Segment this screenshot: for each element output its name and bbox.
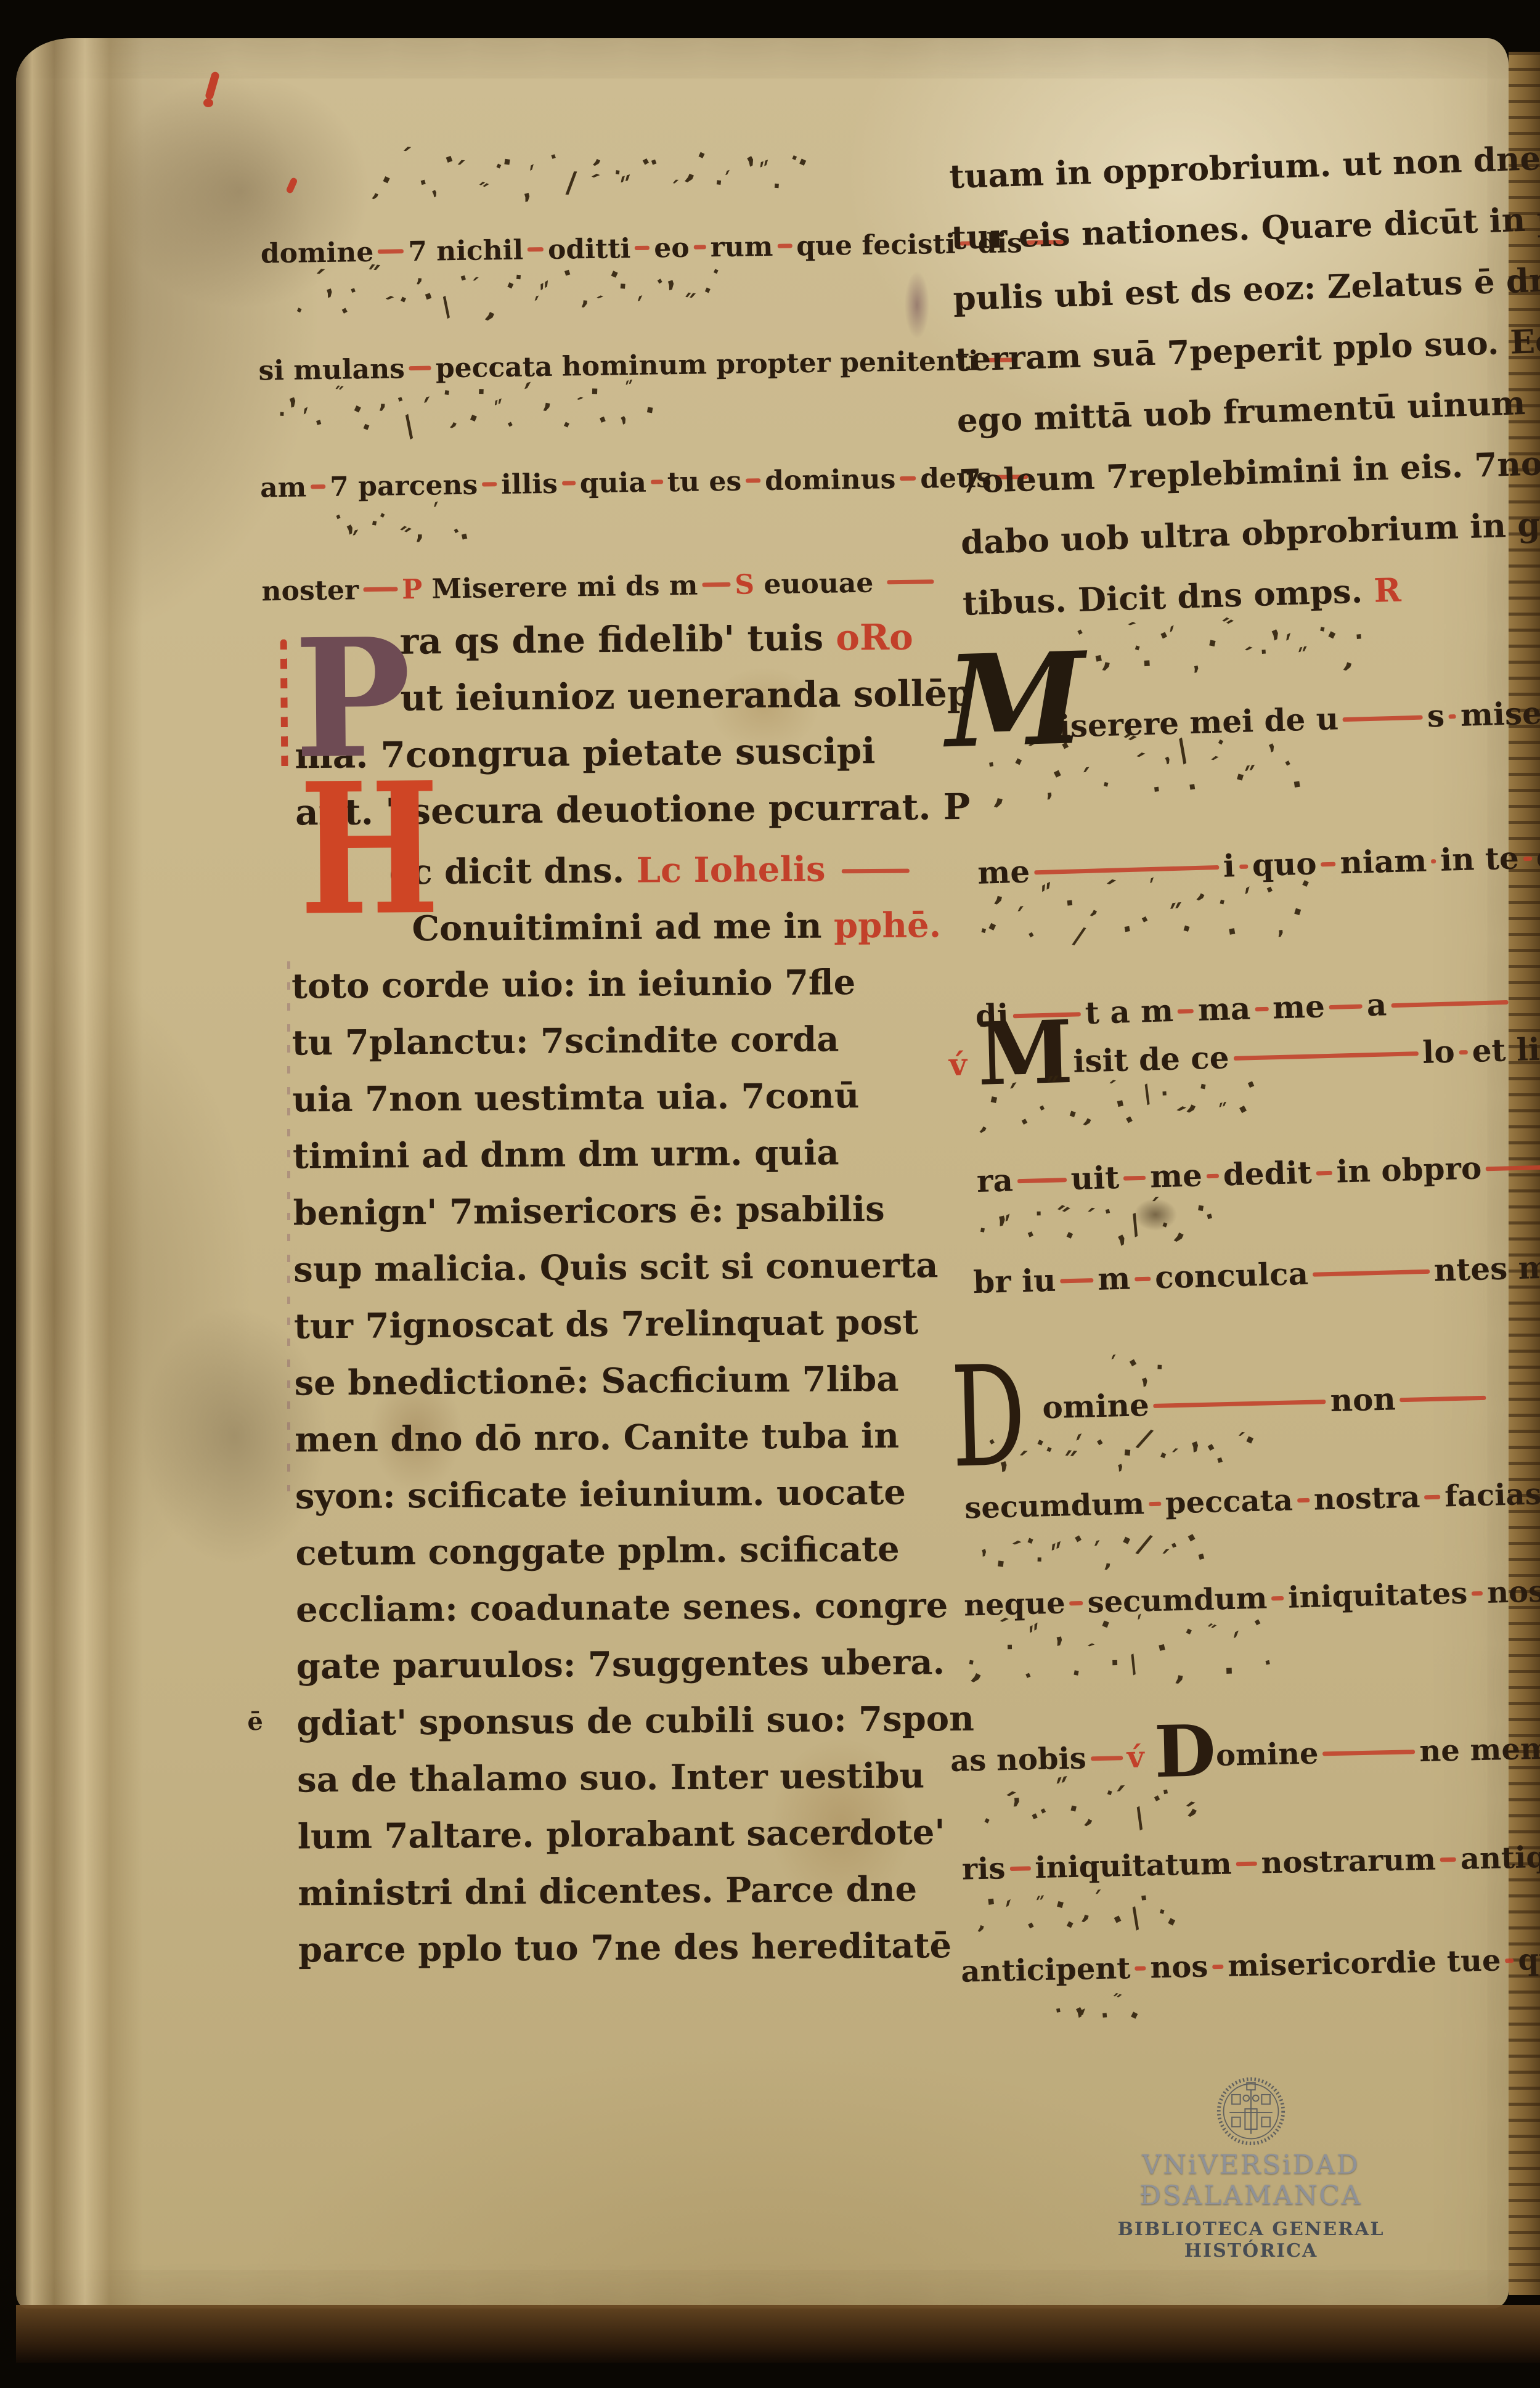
left-column-lection-joel: Hec dicit dns. Lc Iohelis Conuitimini ad… <box>291 849 925 1987</box>
manuscript-text: D <box>1154 1751 1216 1753</box>
red-extender-line <box>842 869 910 874</box>
manuscript-text: i <box>1223 847 1236 884</box>
left-column-chant-with-neumes: ‚·´·‚·´˝··‚´·∕´‚·˝··´‚··´‚˝···domine7 ni… <box>256 157 927 619</box>
rubric-text: Lc Iohelis <box>636 849 837 890</box>
university-seal-icon <box>1215 2076 1287 2147</box>
manuscript-text: omine <box>1215 1737 1319 1773</box>
illuminated-initial-H: H <box>299 768 441 932</box>
manuscript-text: m <box>1098 1260 1131 1297</box>
manuscript-text: in te <box>1440 839 1519 878</box>
manuscript-text: non <box>1330 1380 1396 1419</box>
neume-mark: · <box>617 272 629 302</box>
neume-mark: ´ <box>998 1896 1024 1930</box>
manuscript-text-line: benign' 7misericors ē: psabilis <box>293 1189 919 1250</box>
neume-mark: ˝ <box>332 384 344 407</box>
manuscript-text: men dno dō nro. Canite tuba in <box>295 1416 899 1461</box>
manuscript-text-line: tu 7planctu: 7scindite corda <box>292 1019 919 1080</box>
manuscript-photo: { "title": "Medieval liturgical chant ma… <box>0 0 1540 2388</box>
neume-mark: ‚ <box>992 776 1011 812</box>
stamp-university-name: VNiVERSiDAD <box>1094 2150 1408 2180</box>
manuscript-text: niam <box>1340 842 1427 881</box>
neume-mark: ´ <box>1202 752 1221 781</box>
manuscript-text-line: gate paruulos: 7suggentes ubera. <box>296 1643 923 1704</box>
neume-mark: ˝ <box>1044 1073 1061 1107</box>
manuscript-text: euouae <box>754 567 883 600</box>
neume-mark: · <box>1120 1436 1135 1470</box>
neume-mark: ‚ <box>1171 1212 1196 1247</box>
manuscript-text: ris <box>961 1851 1006 1886</box>
neume-mark: ˝ <box>680 290 696 320</box>
manuscript-text: ra <box>976 1162 1013 1199</box>
manuscript-text: eccliam: coadunate senes. congre <box>296 1585 948 1630</box>
red-extender-line <box>1178 1009 1194 1014</box>
red-extender-line <box>1440 1857 1456 1862</box>
manuscript-text-line: ministri dni dicentes. Parce dne <box>298 1870 924 1931</box>
red-extender-line <box>1123 1176 1146 1181</box>
red-extender-line <box>562 481 576 485</box>
neume-mark: · <box>335 298 355 325</box>
red-extender-line <box>1236 1862 1257 1867</box>
manuscript-text: tu es <box>667 466 741 499</box>
manuscript-text: me <box>1272 988 1325 1025</box>
manuscript-text: nostras <box>1487 1573 1540 1610</box>
illuminated-initial-D: D <box>950 1361 1027 1474</box>
red-extender-line <box>1154 1400 1326 1408</box>
manuscript-text: que fecisti <box>796 229 956 263</box>
manuscript-text: rum <box>710 231 773 263</box>
neume-mark: · <box>1005 1634 1015 1661</box>
manuscript-text: se bnedictionē: Sacficium 7liba <box>294 1359 898 1404</box>
neume-mark: · <box>978 1809 996 1833</box>
neume-mark: · <box>1020 1663 1037 1688</box>
neume-mark: ‚ <box>1173 1656 1189 1688</box>
neume-mark: ´ <box>720 169 736 193</box>
manuscript-text: Conuitimini ad me in <box>412 905 834 949</box>
illuminated-initial-M: M <box>944 648 1086 753</box>
binding-gutter <box>16 38 142 2309</box>
manuscript-text-line: toto corde uio: in ieiunio 7fle <box>291 963 918 1024</box>
manuscript-text: ne memine <box>1419 1730 1540 1769</box>
rubric-text: P <box>402 574 432 606</box>
red-extender-line <box>1149 1502 1161 1506</box>
neume-mark: · <box>277 404 286 426</box>
manuscript-text: 7 nichil <box>408 235 524 268</box>
neume-mark: ´ <box>1158 1547 1170 1574</box>
neume-mark: ´ <box>1234 642 1254 672</box>
neume-mark: ∕ <box>1129 1802 1151 1834</box>
manuscript-text: cetum conggate pplm. scificate <box>295 1529 900 1574</box>
manuscript-text: sa de thalamo suo. Inter uestibu <box>297 1755 924 1800</box>
red-extender-line <box>1135 1277 1151 1282</box>
manuscript-text: tur 7ignoscat ds 7relinquat post <box>294 1302 919 1347</box>
neume-mark: ´ <box>1074 2007 1098 2038</box>
manuscript-text-line: syon: scificate ieiunium. uocate <box>295 1473 922 1534</box>
manuscript-text-line: sup malicia. Quis scit si conuerta <box>293 1246 920 1307</box>
neume-row: ‚·´·‚·´˝··‚´·∕´‚·˝··´‚··´‚˝··· <box>256 157 923 238</box>
red-extender-line <box>1207 1174 1219 1179</box>
manuscript-text: iniquitates <box>1288 1576 1468 1615</box>
manuscript-text: a <box>1366 986 1387 1023</box>
manuscript-text: eo <box>654 232 690 264</box>
manuscript-text: Miserere mi ds m <box>431 570 698 605</box>
neume-mark: ‚ <box>378 388 388 414</box>
neume-mark: · <box>291 300 307 323</box>
neume-mark: · <box>1261 1650 1274 1675</box>
manuscript-text: timini ad dnm dm urm. quia <box>293 1132 839 1176</box>
rubric-text: oRo <box>836 616 913 659</box>
rubric-text: S <box>735 569 754 600</box>
library-stamp: VNiVERSiDAD ÐSALAMANCA BIBLIOTECA GENERA… <box>1094 2076 1408 2262</box>
neume-row: ·‚´··˝‚´·· <box>261 508 927 576</box>
red-extender-line <box>1060 1278 1093 1283</box>
neume-mark: · <box>1289 767 1305 802</box>
neume-mark: · <box>394 287 412 314</box>
rubric-text: pphē. <box>834 905 942 946</box>
manuscript-text: sup malicia. Quis scit si conuerta <box>293 1245 939 1290</box>
manuscript-text: ra qs dne fidelib' tuis <box>399 617 836 662</box>
neume-mark: ´ <box>668 178 679 201</box>
page-bottom-edge <box>16 2305 1540 2363</box>
manuscript-text-line: eccliam: coadunate senes. congre <box>296 1586 923 1647</box>
neume-row: ·‚´·˝··‚·∕´·‚··˝·´‚·´··‚˝· <box>259 391 926 473</box>
neume-mark: · <box>1062 1098 1082 1130</box>
neume-row: ··‚´·˝·∕‚´··´˝·‚··´·‚·· <box>954 887 1530 1000</box>
manuscript-text-line: ē gdiat' sponsus de cubili suo: 7spon <box>296 1700 923 1761</box>
red-extender-line <box>1091 1756 1123 1761</box>
manuscript-text: et libe <box>1472 1030 1540 1069</box>
neume-mark: ´ <box>1163 1101 1188 1138</box>
neume-mark: ˝ <box>1242 762 1259 794</box>
neume-mark: ‚ <box>447 409 464 433</box>
neume-mark: ´ <box>579 169 602 200</box>
red-extender-line <box>409 366 431 371</box>
manuscript-text-line: uia 7non uestimta uia. 7conū <box>292 1076 919 1137</box>
red-extender-line <box>1212 1965 1223 1969</box>
manuscript-text: omine <box>1042 1387 1150 1425</box>
manuscript-text: peccata <box>1165 1483 1293 1521</box>
neume-mark: · <box>1185 772 1200 803</box>
neume-mark: · <box>1135 905 1155 934</box>
manuscript-text: noster <box>261 574 359 607</box>
right-column-chant-miserere: M··‚´···´‚·˝´·‚´˝··‚·iserere mei de usmi… <box>947 624 1531 1046</box>
manuscript-text-line: timini ad dnm dm urm. quia <box>293 1133 919 1194</box>
rubric-text: v́ <box>948 1046 978 1083</box>
neume-mark: ‚ <box>1082 1803 1102 1831</box>
manuscript-text: iserere mei de u <box>1058 700 1339 744</box>
red-ink-splatter <box>203 99 213 107</box>
manuscript-text-line: lum 7altare. plorabant sacerdote' <box>298 1813 924 1874</box>
neume-mark: · <box>462 402 485 436</box>
neume-mark: ‚ <box>415 518 424 545</box>
neume-mark: ‚ <box>611 401 631 428</box>
right-column-chant-verse: ·‚´··˝‚·´··∕´·‚·˝·´··as nobisv́ Dominene… <box>948 1628 1530 2047</box>
neume-mark: ´ <box>347 528 365 557</box>
red-extender-line <box>702 582 730 587</box>
neume-mark: ´ <box>1148 1194 1160 1221</box>
manuscript-text: in obpro <box>1336 1150 1482 1190</box>
manuscript-text: anticipent <box>961 1951 1131 1989</box>
manuscript-text: quia <box>579 467 646 500</box>
manuscript-text: quia <box>1518 1941 1540 1977</box>
neume-mark: · <box>1151 776 1163 804</box>
show-through-mark <box>287 961 290 1491</box>
red-extender-line <box>1400 1396 1486 1402</box>
neume-mark: · <box>1258 640 1268 664</box>
red-extender-line <box>311 484 325 489</box>
red-extender-line <box>1431 859 1436 863</box>
red-extender-line <box>1255 1007 1268 1012</box>
manuscript-text: misere <box>1460 694 1540 733</box>
manuscript-text: illis <box>501 468 558 500</box>
neume-row: ·´‚··˝´·‚·∕·´‚··´˝·‚´··´·‚˝·· <box>258 274 924 356</box>
neume-mark: · <box>1122 2000 1146 2033</box>
red-extender-line <box>1486 1163 1540 1171</box>
neume-mark: ∕ <box>565 167 577 200</box>
manuscript-text-line: parce pplo tuo 7ne des hereditatē <box>298 1926 925 1987</box>
neume-mark: · <box>589 377 600 409</box>
neume-mark: ‚ <box>1104 1215 1131 1250</box>
neume-row: ·‚´··˝‚·´··∕´·‚·˝·´·· <box>948 1628 1523 1745</box>
neume-mark: ‚ <box>1275 915 1285 939</box>
manuscript-text: gdiat' sponsus de cubili suo: 7spon <box>296 1698 974 1744</box>
red-extender-line <box>1313 1269 1430 1277</box>
manuscript-text: iniquitatum <box>1035 1847 1232 1886</box>
red-extender-line <box>694 245 706 249</box>
neume-mark: ∕ <box>1125 1208 1146 1241</box>
neume-mark: ´ <box>467 275 479 299</box>
manuscript-text: tu 7planctu: 7scindite corda <box>292 1019 839 1063</box>
neume-mark: · <box>502 414 519 437</box>
manuscript-text: ma <box>1197 990 1251 1028</box>
red-extender-line <box>1321 862 1335 867</box>
manuscript-text: t a m <box>1085 992 1174 1031</box>
neume-mark: ∕ <box>397 410 422 444</box>
manuscript-text: nostrarum <box>1261 1843 1436 1881</box>
manuscript-text-line: cetum conggate pplm. scificate <box>295 1530 922 1591</box>
manuscript-text: conculca <box>1154 1255 1308 1295</box>
stamp-university-name2: ÐSALAMANCA <box>1094 2180 1408 2211</box>
manuscript-text: 7 parcens <box>330 470 478 503</box>
manuscript-text: uia 7non uestimta uia. 7conū <box>292 1075 859 1120</box>
rubric-text: v́ <box>1126 1740 1155 1775</box>
neume-mark: · <box>1155 1355 1165 1381</box>
red-extender-line <box>1329 1005 1363 1010</box>
neume-mark: ´ <box>567 393 585 418</box>
red-extender-line <box>1233 1051 1418 1061</box>
manuscript-text: peccata hominum propter penitenti <box>436 345 979 384</box>
neume-mark: · <box>1022 923 1040 947</box>
manuscript-text-line: tur 7ignoscat ds 7relinquat post <box>294 1303 921 1364</box>
neume-mark: · <box>642 394 658 428</box>
neume-mark: · <box>1223 914 1241 949</box>
manuscript-text: nostra <box>1313 1480 1420 1517</box>
red-extender-line <box>1271 1596 1284 1600</box>
neume-mark: ´ <box>1168 1446 1180 1470</box>
manuscript-text: parce pplo tuo 7ne des hereditatē <box>298 1925 952 1970</box>
manuscript-text: nos <box>1150 1949 1208 1985</box>
manuscript-text: domine <box>261 237 374 270</box>
neume-mark: · <box>476 378 487 407</box>
neume-mark: · <box>1053 2000 1064 2023</box>
neume-mark: ´ <box>1077 1639 1096 1665</box>
manuscript-text: M <box>977 1053 1073 1055</box>
neume-mark: · <box>1160 1082 1170 1106</box>
neume-mark: · <box>1140 646 1154 681</box>
neume-mark: · <box>1287 894 1308 930</box>
right-column-lection-text: tuam in opprobrium. ut non dnentur eis n… <box>949 141 1537 647</box>
manuscript-text: lo <box>1422 1033 1456 1070</box>
manuscript-text-line: sa de thalamo suo. Inter uestibu <box>297 1756 924 1817</box>
manuscript-text: dedit <box>1223 1154 1312 1193</box>
manuscript-text: neque <box>964 1586 1066 1623</box>
neume-mark: · <box>1353 623 1364 651</box>
neume-mark: · <box>772 174 782 200</box>
red-extender-line <box>482 482 497 486</box>
manuscript-text: ntes m <box>1433 1249 1540 1289</box>
red-extender-line <box>1472 1591 1483 1595</box>
manuscript-text: uit <box>1070 1159 1120 1197</box>
red-extender-line <box>1017 1178 1067 1183</box>
neume-mark: ∕ <box>1123 1650 1142 1678</box>
neume-mark: ‚ <box>1044 778 1054 802</box>
manuscript-text: toto corde uio: in ieiunio 7fle <box>291 962 856 1006</box>
stamp-library-name: BIBLIOTECA GENERAL HISTÓRICA <box>1094 2219 1408 2262</box>
manuscript-text: am <box>260 471 307 503</box>
manuscript-text: syon: scificate ieiunium. uocate <box>295 1472 906 1517</box>
red-extender-line <box>635 246 650 250</box>
neume-mark: ´ <box>372 291 396 322</box>
red-extender-line <box>1009 1866 1030 1871</box>
manuscript-text: misericordie tue <box>1228 1943 1501 1983</box>
manuscript-text: facias <box>1444 1477 1540 1514</box>
manuscript-text-line: men dno dō nro. Canite tuba in <box>295 1416 921 1477</box>
neume-mark: ´ <box>1111 1782 1128 1817</box>
red-extender-line <box>1424 1495 1440 1500</box>
neume-mark: ˝ <box>470 179 490 206</box>
neume-mark: · <box>1119 913 1135 945</box>
neume-mark: ∕ <box>436 293 458 322</box>
red-extender-line <box>1070 1601 1083 1606</box>
red-extender-line <box>887 579 934 584</box>
red-extender-line <box>1135 1966 1146 1970</box>
neume-mark: ´ <box>1107 1353 1123 1377</box>
neume-mark: ˝ <box>1295 644 1313 673</box>
red-extender-line <box>363 587 397 592</box>
manuscript-text-line: se bnedictionē: Sacficium 7liba <box>294 1359 921 1420</box>
red-extender-line <box>528 247 544 251</box>
neume-mark: · <box>1223 1654 1235 1688</box>
manuscript-text: ē <box>247 1708 263 1736</box>
neume-mark: · <box>513 265 524 291</box>
neume-mark: · <box>1109 1648 1120 1679</box>
neume-mark: ‚ <box>1080 1102 1101 1130</box>
neume-mark: · <box>977 1218 988 1243</box>
red-extender-line <box>378 249 404 254</box>
red-extender-line <box>1523 857 1532 861</box>
neume-mark: ˝ <box>1216 1099 1231 1125</box>
manuscript-text: s <box>1427 698 1445 735</box>
neume-mark: · <box>1099 772 1112 797</box>
neume-mark: · <box>1153 1630 1171 1666</box>
red-extender-line <box>1449 714 1456 719</box>
neume-mark: · <box>1069 1659 1083 1687</box>
neume-mark: · <box>1192 1541 1210 1573</box>
neume-mark: ‚ <box>1103 1548 1114 1573</box>
neume-mark: ˝ <box>616 173 639 207</box>
neume-mark: · <box>1014 1108 1035 1136</box>
manuscript-text: antiquarum cito <box>1460 1836 1540 1877</box>
manuscript-text: br iu <box>973 1262 1057 1300</box>
red-extender-line <box>1034 865 1219 874</box>
red-extender-line <box>1459 1050 1468 1054</box>
neume-mark: · <box>1035 1202 1043 1225</box>
manuscript-text: co <box>1536 838 1540 876</box>
neume-mark: ‚ <box>1189 651 1201 675</box>
right-column-chant-domine: D´·‚·ominenon·‚´··˝´·‚·∕·´‚··´·secumdump… <box>949 1347 1529 1638</box>
manuscript-text: ut ieiunioz ueneranda sollēp <box>400 672 972 719</box>
red-extender-line <box>1391 1000 1508 1008</box>
neume-mark: ∕ <box>1071 922 1088 950</box>
manuscript-text: dominus <box>765 463 896 497</box>
neume-mark: ´ <box>418 394 438 426</box>
neume-mark: ˝ <box>389 522 412 555</box>
red-extender-line <box>1316 1171 1332 1176</box>
neume-mark: ˝ <box>1046 1538 1072 1575</box>
manuscript-text: benign' 7misericors ē: psabilis <box>293 1189 884 1234</box>
red-extender-line <box>1322 1750 1415 1756</box>
manuscript-text: me <box>1149 1157 1202 1194</box>
red-extender-line <box>1297 1498 1310 1502</box>
neume-mark: · <box>1035 1548 1044 1572</box>
neume-mark: ´ <box>632 293 651 321</box>
red-extender-line <box>777 243 792 248</box>
red-extender-line <box>1505 1958 1514 1963</box>
manuscript-text: ministri dni dicentes. Parce dne <box>298 1869 917 1914</box>
neume-mark: ˝ <box>364 262 381 295</box>
neume-mark: · <box>593 405 613 436</box>
manuscript-text: gate paruulos: 7suggentes ubera. <box>296 1642 945 1687</box>
red-extender-line <box>746 478 760 483</box>
neume-mark: ´ <box>452 158 466 188</box>
right-column-chant-misit: v́ Misit de celoet libe‚·´··˝·‚´··∕·´‚·˝… <box>948 1033 1528 1314</box>
neume-mark: · <box>346 279 361 303</box>
red-extender-line <box>1343 715 1423 722</box>
red-extender-line <box>1239 865 1248 869</box>
rubric-text: R <box>1373 571 1401 610</box>
red-extender-line <box>900 476 916 481</box>
red-extender-line <box>651 479 663 484</box>
manuscript-text: lum 7altare. plorabant sacerdote' <box>297 1812 945 1857</box>
